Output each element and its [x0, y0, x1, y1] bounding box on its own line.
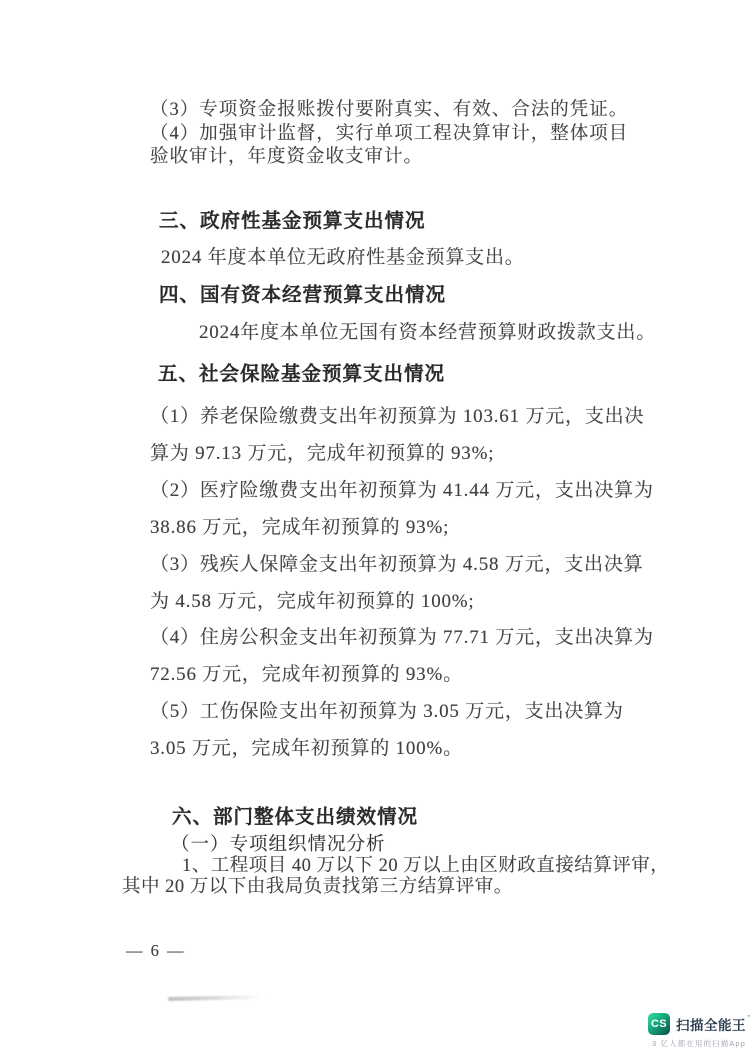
document-page: （3）专项资金报账拨付要附真实、有效、合法的凭证。（4）加强审计监督，实行单项工… — [0, 0, 750, 1061]
text-line: 3.05 万元，完成年初预算的 100%。 — [150, 730, 624, 767]
text-line: （1）养老保险缴费支出年初预算为 103.61 万元，支出决 — [150, 398, 644, 435]
camscanner-subtitle: 3 亿人都在用的扫描App — [648, 1038, 750, 1049]
camscanner-watermark: CS 扫描全能王 ™ 3 亿人都在用的扫描App — [648, 1013, 750, 1049]
para-disability-fund: （3）残疾人保障金支出年初预算为 4.58 万元，支出决算为 4.58 万元，完… — [150, 546, 643, 620]
heading-section-4: 四、国有资本经营预算支出情况 — [159, 283, 446, 307]
scan-smudge-artifact — [168, 995, 264, 1001]
para-housing-fund: （4）住房公积金支出年初预算为 77.71 万元，支出决算为72.56 万元，完… — [150, 619, 654, 693]
text-line: 五、社会保险基金预算支出情况 — [158, 362, 445, 386]
text-line: 六、部门整体支出绩效情况 — [172, 805, 418, 829]
text-line: （一）专项组织情况分析 — [171, 833, 386, 855]
heading-section-3: 三、政府性基金预算支出情况 — [159, 209, 426, 233]
para-injury-insurance: （5）工伤保险支出年初预算为 3.05 万元，支出决算为3.05 万元，完成年初… — [150, 693, 624, 767]
heading-section-6: 六、部门整体支出绩效情况 — [172, 805, 418, 829]
camscanner-logo-icon: CS — [648, 1013, 670, 1035]
para-section-4: 2024年度本单位无国有资本经营预算财政拨款支出。 — [199, 321, 656, 345]
camscanner-title: 扫描全能王 — [676, 1014, 746, 1034]
text-line: （5）工伤保险支出年初预算为 3.05 万元，支出决算为 — [150, 693, 624, 730]
text-line: （3）专项资金报账拨付要附真实、有效、合法的凭证。 — [150, 99, 628, 123]
subheading-special-analysis: （一）专项组织情况分析 — [171, 833, 386, 855]
para-project-review-line2: 其中 20 万以下由我局负责找第三方结算评审。 — [122, 877, 513, 898]
text-line: 38.86 万元，完成年初预算的 93%; — [150, 509, 654, 546]
text-line: 为 4.58 万元，完成年初预算的 100%; — [150, 583, 643, 620]
text-line: 1、工程项目 40 万以下 20 万以上由区财政直接结算评审， — [182, 856, 669, 877]
para-section-3: 2024 年度本单位无政府性基金预算支出。 — [161, 246, 525, 270]
text-line: 其中 20 万以下由我局负责找第三方结算评审。 — [122, 877, 513, 898]
para-medical-insurance: （2）医疗险缴费支出年初预算为 41.44 万元，支出决算为38.86 万元，完… — [150, 472, 654, 546]
text-line: （3）残疾人保障金支出年初预算为 4.58 万元，支出决算 — [150, 546, 643, 583]
para-audit-requirements: （3）专项资金报账拨付要附真实、有效、合法的凭证。（4）加强审计监督，实行单项工… — [150, 99, 628, 170]
page-number: — 6 — — [126, 941, 186, 961]
para-pension-insurance: （1）养老保险缴费支出年初预算为 103.61 万元，支出决算为 97.13 万… — [150, 398, 644, 472]
text-line: 2024年度本单位无国有资本经营预算财政拨款支出。 — [199, 321, 656, 345]
heading-section-5: 五、社会保险基金预算支出情况 — [158, 362, 445, 386]
watermark-row: CS 扫描全能王 ™ — [648, 1013, 750, 1035]
text-line: （4）加强审计监督，实行单项工程决算审计，整体项目 — [150, 123, 628, 147]
para-project-review-line1: 1、工程项目 40 万以下 20 万以上由区财政直接结算评审， — [182, 856, 669, 877]
text-line: 三、政府性基金预算支出情况 — [159, 209, 426, 233]
text-line: 四、国有资本经营预算支出情况 — [159, 283, 446, 307]
text-line: 验收审计，年度资金收支审计。 — [150, 146, 628, 170]
text-line: 算为 97.13 万元，完成年初预算的 93%; — [150, 435, 644, 472]
text-line: （4）住房公积金支出年初预算为 77.71 万元，支出决算为 — [150, 619, 654, 656]
text-line: （2）医疗险缴费支出年初预算为 41.44 万元，支出决算为 — [150, 472, 654, 509]
text-line: 72.56 万元，完成年初预算的 93%。 — [150, 656, 654, 693]
text-line: 2024 年度本单位无政府性基金预算支出。 — [161, 246, 525, 270]
